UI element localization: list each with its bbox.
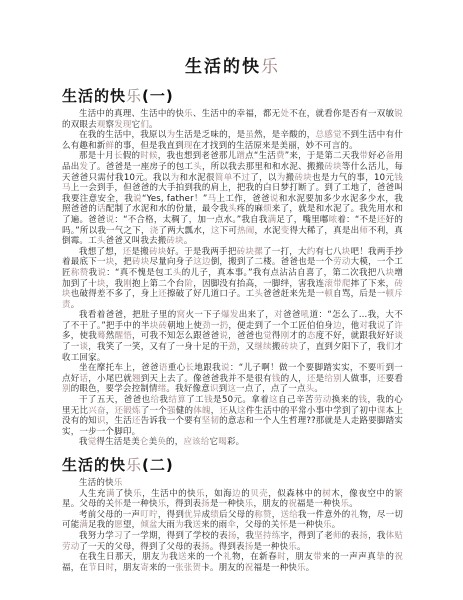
- fallback-glyph: 还: [123, 247, 132, 257]
- fallback-glyph: 许: [394, 321, 403, 331]
- fallback-glyph: 贺: [193, 563, 202, 573]
- fallback-glyph: 态: [307, 331, 316, 341]
- body-paragraph: 生活的快乐: [62, 478, 403, 489]
- fallback-glyph: 树: [322, 489, 331, 499]
- fallback-glyph: 应: [183, 437, 192, 447]
- fallback-glyph: 锻: [123, 406, 132, 416]
- fallback-glyph: 阶: [184, 279, 193, 289]
- fallback-glyph: 这: [237, 406, 246, 416]
- fallback-glyph: 觉: [263, 331, 272, 341]
- fallback-glyph: 送: [281, 510, 290, 520]
- fallback-glyph: 备: [386, 151, 395, 161]
- fallback-glyph: 挚: [376, 552, 385, 562]
- fallback-glyph: 识: [97, 416, 106, 426]
- fallback-glyph: 顿: [386, 289, 395, 299]
- fallback-glyph: 头: [173, 268, 182, 278]
- fallback-glyph: 刚: [123, 279, 132, 289]
- section-paragraphs: 生活中的真理、生活中的快乐、生活中的幸福，都无处不在，就看你是否有一双敏锐的双眼…: [62, 109, 403, 448]
- fallback-glyph: 师: [359, 226, 368, 236]
- fallback-glyph: 炼: [132, 406, 141, 416]
- fallback-glyph: 扔: [220, 321, 229, 331]
- fallback-glyph: 顿: [324, 289, 333, 299]
- fallback-glyph: 时: [277, 552, 286, 562]
- document-section: 生活的快乐(一) 生活中的真理、生活中的快乐、生活中的幸福，都无处不在，就看你是…: [62, 85, 403, 448]
- fallback-glyph: 窝: [177, 310, 186, 320]
- fallback-glyph: 话: [97, 204, 106, 214]
- body-paragraph: 在我生日那天，朋友为我送来的一个礼物，在新春时，朋友带来的一声声真挚的祝福，在节…: [62, 552, 403, 573]
- fallback-glyph: 处: [280, 109, 289, 119]
- fallback-glyph: 绩: [210, 510, 219, 520]
- fallback-glyph: 蓦: [97, 331, 106, 341]
- fallback-glyph: 给: [201, 437, 210, 447]
- fallback-glyph: 还: [377, 374, 386, 384]
- body-paragraph: 干了五天，爸爸也给我结算了工钱是50元。拿着这自己辛苦劳动换来的钱，我的心里无比…: [62, 395, 403, 437]
- fallback-glyph: 还: [114, 406, 123, 416]
- fallback-glyph: 长: [114, 151, 123, 161]
- fallback-glyph: 这: [211, 226, 220, 236]
- fallback-glyph: 别: [333, 374, 342, 384]
- fallback-glyph: 块: [303, 173, 312, 183]
- fallback-glyph: 还: [158, 289, 167, 299]
- fallback-glyph: 听: [377, 363, 386, 373]
- fallback-glyph: 说: [270, 194, 279, 204]
- body-paragraph: 我努力学习了一学期，得到了学校的表扬，我坚持练字，得到了老师的表扬，我体贴劳动了…: [62, 531, 403, 552]
- fallback-glyph: 为: [160, 552, 169, 562]
- fallback-glyph: 别: [62, 384, 71, 394]
- body-paragraph: 在我的生活中，我原以为生活是乏味的，是虽然，是辛酸的，总感觉不到生活中有什么有趣…: [62, 130, 403, 151]
- fallback-glyph: 马: [207, 194, 216, 204]
- fallback-glyph: 钱: [359, 395, 368, 405]
- fallback-glyph: 续: [263, 342, 272, 352]
- fallback-glyph: 说: [219, 331, 228, 341]
- fallback-glyph: 习: [114, 531, 123, 541]
- fallback-glyph: 爆: [221, 310, 230, 320]
- fallback-glyph: 给: [150, 395, 159, 405]
- fallback-glyph: 该: [192, 437, 201, 447]
- fallback-glyph: 发: [230, 310, 239, 320]
- fallback-glyph: 称: [254, 510, 263, 520]
- fallback-glyph: 块: [385, 268, 394, 278]
- fallback-glyph: 乐: [288, 542, 297, 552]
- fallback-glyph: 过: [241, 173, 250, 183]
- fallback-glyph: 伞: [227, 520, 236, 530]
- fallback-glyph: 繁: [394, 489, 403, 499]
- fallback-glyph: 动: [71, 542, 80, 552]
- fallback-glyph: 喝: [218, 437, 227, 447]
- fallback-glyph: 咛: [149, 510, 158, 520]
- fallback-glyph: 寄: [140, 563, 149, 573]
- fallback-glyph: 砖: [324, 162, 333, 172]
- fallback-glyph: 醒: [114, 331, 123, 341]
- fallback-glyph: 现: [184, 141, 193, 151]
- fallback-glyph: 刚: [281, 331, 290, 341]
- fallback-glyph: 礼: [223, 552, 232, 562]
- fallback-glyph: 送: [193, 520, 202, 530]
- fallback-glyph: 砖: [158, 321, 167, 331]
- fallback-glyph: 赞: [80, 268, 89, 278]
- fallback-glyph: 带: [359, 151, 368, 161]
- fallback-glyph: 块: [97, 279, 106, 289]
- fallback-glyph: 强: [167, 406, 176, 416]
- fallback-glyph: 劲: [202, 321, 211, 331]
- fallback-glyph: 时: [106, 563, 115, 573]
- fallback-glyph: 块: [158, 247, 167, 257]
- fallback-glyph: 现: [123, 120, 132, 130]
- fallback-glyph: 乐: [184, 109, 193, 119]
- fallback-glyph: 块: [141, 257, 150, 267]
- fallback-glyph: 对: [359, 321, 368, 331]
- fallback-glyph: 兴: [88, 406, 97, 416]
- fallback-glyph: 为: [167, 130, 176, 140]
- fallback-glyph: 悟: [123, 331, 132, 341]
- fallback-glyph: 优: [184, 510, 193, 520]
- fallback-glyph: 动: [342, 257, 351, 267]
- fallback-glyph: 礼: [351, 510, 360, 520]
- fallback-glyph: 烦: [263, 204, 272, 214]
- fallback-glyph: 劳: [62, 542, 71, 552]
- body-paragraph: 我想了想，还是搬砖块好。于是我两手把砖块摞了一打，大约有七八块吧！我两手抄着最底…: [62, 247, 403, 311]
- fallback-glyph: 翘: [132, 374, 141, 384]
- fallback-glyph: 边: [333, 321, 342, 331]
- fallback-glyph: 满: [79, 520, 88, 530]
- fallback-glyph: 滚: [324, 279, 333, 289]
- fallback-glyph: 谈: [394, 331, 403, 341]
- body-paragraph: 我觉得生活是美仑美奂的，应该给它喝彩。: [62, 437, 403, 448]
- body-paragraph: 坐在摩托车上，爸爸语重心长地跟我说：“儿子啊！做一个要脚踏实实，不要听到一点好话…: [62, 363, 403, 395]
- fallback-glyph: 单: [224, 173, 233, 183]
- fallback-glyph: 劲: [228, 342, 237, 352]
- section-heading: 生活的快乐(一): [62, 85, 403, 106]
- fallback-glyph: 满: [106, 489, 115, 499]
- fallback-glyph: 愿: [114, 520, 123, 530]
- fallback-glyph: 块: [106, 257, 115, 267]
- fallback-glyph: 砖: [149, 247, 158, 257]
- fallback-glyph: 斥: [394, 289, 403, 299]
- fallback-glyph: 砖: [294, 173, 303, 183]
- fallback-glyph: 语: [159, 363, 168, 373]
- fallback-glyph: 候: [149, 151, 158, 161]
- fallback-glyph: 乐: [323, 520, 332, 530]
- fallback-glyph: 课: [377, 406, 386, 416]
- fallback-glyph: 劳: [333, 257, 342, 267]
- fallback-glyph: 张: [175, 563, 184, 573]
- fallback-glyph: 叮: [140, 510, 149, 520]
- fallback-glyph: 责: [62, 300, 71, 310]
- fallback-glyph: 总: [315, 130, 324, 140]
- fallback-glyph: 祝: [394, 552, 403, 562]
- fallback-glyph: 奋: [97, 406, 106, 416]
- fallback-glyph: 节: [88, 563, 97, 573]
- fallback-glyph: 动: [323, 395, 332, 405]
- fallback-glyph: 乐: [114, 478, 123, 488]
- fallback-glyph: 奂: [157, 437, 166, 447]
- fallback-glyph: 贝: [250, 489, 259, 499]
- document-page: 生活的快乐 生活的快乐(一) 生活中的真理、生活中的快乐、生活中的幸福，都无处不…: [0, 0, 463, 600]
- fallback-glyph: 费: [276, 151, 285, 161]
- fallback-glyph: 鲜: [106, 141, 115, 151]
- fallback-glyph: 时: [140, 151, 149, 161]
- fallback-glyph: 说: [97, 268, 106, 278]
- fallback-glyph: 识: [210, 384, 219, 394]
- fallback-glyph: 说: [133, 194, 142, 204]
- fallback-glyph: 乐: [261, 57, 280, 77]
- fallback-glyph: 乐: [133, 489, 142, 499]
- fallback-glyph: 吼: [301, 310, 310, 320]
- fallback-glyph: 称: [71, 268, 80, 278]
- fallback-glyph: 块: [245, 247, 254, 257]
- fallback-glyph: 怀: [114, 499, 123, 509]
- fallback-glyph: 爬: [342, 279, 351, 289]
- fallback-glyph: 给: [324, 374, 333, 384]
- fallback-glyph: 为: [175, 520, 184, 530]
- fallback-glyph: 坚: [254, 531, 263, 541]
- fallback-glyph: 乐: [158, 499, 167, 509]
- fallback-glyph: 持: [263, 531, 272, 541]
- fallback-glyph: 扬: [201, 499, 210, 509]
- fallback-glyph: 为: [171, 173, 180, 183]
- sections-container: 生活的快乐(一) 生活中的真理、生活中的快乐、生活中的幸福，都无处不在，就看你是…: [62, 85, 403, 573]
- fallback-glyph: 块: [62, 289, 71, 299]
- body-paragraph: 人生充满了快乐，生活中的快乐，如海边的贝壳，似森林中的树木，像夜空中的繁星。父母…: [62, 489, 403, 510]
- body-paragraph: 我看着爸爸，把肚子里的窝火一下子爆发出来了，对爸爸吼道：“怎么了…我，大不了不干…: [62, 310, 403, 363]
- fallback-glyph: 发: [114, 120, 123, 130]
- fallback-glyph: 算: [177, 395, 186, 405]
- fallback-glyph: 们: [386, 342, 395, 352]
- fallback-glyph: 祝: [245, 563, 254, 573]
- fallback-glyph: 乐: [340, 499, 349, 509]
- fallback-glyph: 仑: [140, 437, 149, 447]
- fallback-glyph: 钱: [272, 374, 281, 384]
- fallback-glyph: 扬: [201, 542, 210, 552]
- fallback-glyph: 蹭: [236, 151, 245, 161]
- document-title: 生活的快乐: [62, 52, 403, 77]
- fallback-glyph: 锐: [394, 109, 403, 119]
- fallback-glyph: 块: [333, 162, 342, 172]
- fallback-glyph: 钱: [394, 173, 403, 183]
- section-paragraphs: 生活的快乐 人生充满了快乐，生活中的快乐，如海边的贝壳，似森林中的树木，像夜空中…: [62, 478, 403, 573]
- fallback-glyph: 边: [232, 489, 241, 499]
- fallback-glyph: 满: [268, 215, 277, 225]
- fallback-glyph: 这: [193, 257, 202, 267]
- fallback-glyph: 结: [168, 395, 177, 405]
- fallback-glyph: 这: [269, 395, 278, 405]
- fallback-glyph: 送: [178, 552, 187, 562]
- fallback-glyph: 闹: [246, 226, 255, 236]
- fallback-glyph: 摞: [254, 247, 263, 257]
- fallback-glyph: 们: [140, 120, 149, 130]
- fallback-glyph: 砖: [394, 279, 403, 289]
- fallback-glyph: 赞: [263, 510, 272, 520]
- fallback-glyph: 继: [254, 342, 263, 352]
- fallback-glyph: 师: [333, 531, 342, 541]
- fallback-glyph: 觉: [333, 130, 342, 140]
- fallback-glyph: 魄: [202, 406, 211, 416]
- fallback-glyph: 祝: [288, 499, 297, 509]
- fallback-glyph: 头: [97, 236, 106, 246]
- fallback-glyph: 钱: [204, 395, 213, 405]
- fallback-glyph: 头: [306, 384, 315, 394]
- body-paragraph: 生活中的真理、生活中的快乐、生活中的幸福，都无处不在，就看你是否有一双敏锐的双眼…: [62, 109, 403, 130]
- fallback-glyph: 块: [342, 247, 351, 257]
- fallback-glyph: 壳: [259, 489, 268, 499]
- section-heading: 生活的快乐(二): [62, 454, 403, 475]
- fallback-glyph: 倾: [140, 520, 149, 530]
- fallback-glyph: 张: [184, 563, 193, 573]
- fallback-glyph: 边: [202, 257, 211, 267]
- fallback-glyph: 对: [274, 310, 283, 320]
- fallback-glyph: 异: [193, 510, 202, 520]
- fallback-glyph: 话: [80, 374, 89, 384]
- fallback-glyph: 绪: [158, 384, 167, 394]
- fallback-glyph: 砖: [132, 257, 141, 267]
- fallback-glyph: 劳: [314, 395, 323, 405]
- fallback-glyph: 变: [281, 226, 290, 236]
- fallback-glyph: 还: [219, 406, 228, 416]
- fallback-glyph: 马: [62, 183, 71, 193]
- fallback-glyph: 扬: [359, 531, 368, 541]
- fallback-glyph: 扬: [245, 542, 254, 552]
- fallback-glyph: 贴: [394, 531, 403, 541]
- fallback-glyph: 头: [254, 289, 263, 299]
- fallback-glyph: 约: [307, 247, 316, 257]
- fallback-glyph: 发: [80, 162, 89, 172]
- fallback-glyph: 砖: [166, 236, 175, 246]
- fallback-glyph: 浇: [150, 226, 159, 236]
- body-paragraph: 那是十月长假的时候，我也想到老爸那儿蹭点“生活费”来，于是第二天我带好必备用品出…: [62, 151, 403, 246]
- fallback-glyph: 头: [193, 162, 202, 172]
- fallback-glyph: 体: [193, 406, 202, 416]
- fallback-glyph: 还: [307, 374, 316, 384]
- fallback-glyph: 说: [377, 321, 386, 331]
- fallback-glyph: 还: [132, 416, 141, 426]
- fallback-glyph: 还: [377, 215, 386, 225]
- document-section: 生活的快乐(二) 生活的快乐 人生充满了快乐，生活中的快乐，如海边的贝壳，似森林…: [62, 454, 403, 573]
- fallback-glyph: 块: [289, 342, 298, 352]
- fallback-glyph: 哝: [329, 215, 338, 225]
- fallback-glyph: 带: [333, 279, 342, 289]
- fallback-glyph: 韧: [210, 416, 219, 426]
- fallback-glyph: 给: [289, 510, 298, 520]
- fallback-glyph: 怀: [280, 520, 289, 530]
- fallback-glyph: 扬: [228, 531, 237, 541]
- fallback-glyph: 为: [277, 173, 286, 183]
- fallback-glyph: 乐: [196, 489, 205, 499]
- fallback-glyph: 说: [106, 215, 115, 225]
- fallback-glyph: 块: [175, 236, 184, 246]
- fallback-glyph: 长: [185, 363, 194, 373]
- fallback-glyph: 乐: [126, 87, 142, 105]
- fallback-glyph: 觉: [88, 437, 97, 447]
- fallback-glyph: 这: [227, 384, 236, 394]
- fallback-glyph: 虽: [245, 130, 254, 140]
- fallback-glyph: 谈: [80, 342, 89, 352]
- body-paragraph: 考前父母的一声叮咛，得到优异成绩后父母的称赞，送给我一件意外的礼物，尽一切可能满…: [62, 510, 403, 531]
- fallback-glyph: 感: [324, 130, 333, 140]
- fallback-glyph: 乐: [297, 563, 306, 573]
- fallback-glyph: 简: [215, 173, 224, 183]
- fallback-glyph: 盆: [149, 520, 158, 530]
- fallback-glyph: 练: [272, 531, 281, 541]
- fallback-glyph: 带: [313, 552, 322, 562]
- fallback-glyph: 说: [221, 363, 230, 373]
- fallback-glyph: 头: [228, 204, 237, 214]
- fallback-glyph: 乐: [126, 456, 142, 474]
- fallback-glyph: 乐: [245, 499, 254, 509]
- fallback-glyph: 热: [237, 226, 246, 236]
- fallback-glyph: 观: [97, 120, 106, 130]
